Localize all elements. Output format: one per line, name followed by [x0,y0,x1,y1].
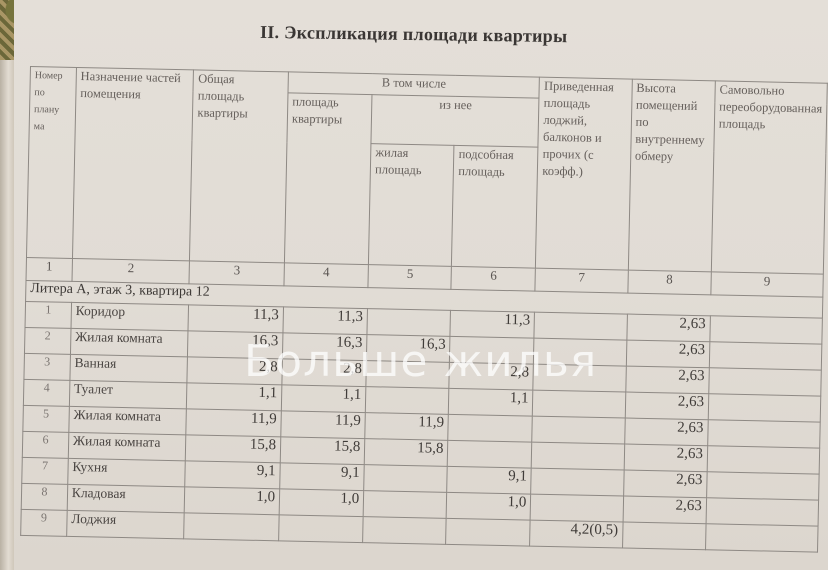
column-number: 9 [711,272,824,297]
cell-unauth [707,446,820,474]
cell-loggia [534,338,627,366]
cell-apt: 1,0 [279,489,364,517]
cell-loggia [532,442,625,470]
header-purpose: Назначение частей помещения [72,67,194,260]
cell-apt: 1,1 [281,385,366,413]
header-number: Номер по плану ма [26,67,76,259]
column-number: 1 [26,257,72,281]
cell-living [367,309,451,337]
cell-no: 9 [21,509,67,536]
cell-living [363,517,447,545]
cell-no: 6 [22,431,68,458]
cell-apt [279,515,364,543]
header-unauthorized: Самовольно переоборудованная площадь [711,81,827,274]
cell-aux: 9,1 [447,466,532,494]
cell-height: 2,63 [623,496,707,524]
cell-living: 15,8 [364,439,448,467]
cell-name: Жилая комната [68,432,186,460]
cell-unauth [708,420,821,448]
cell-loggia [533,364,626,392]
cell-aux: 11,3 [450,310,535,338]
explication-table: Номер по плану ма Назначение частей поме… [20,66,828,553]
cell-total: 2,8 [187,357,282,385]
cell-living [364,465,448,493]
cell-height: 2,63 [627,314,711,342]
cell-living: 11,9 [365,413,449,441]
column-number: 2 [72,258,190,283]
cell-loggia [532,416,625,444]
cell-living [366,387,450,415]
cell-aux [450,336,535,364]
column-number: 7 [535,268,628,293]
cell-unauth [709,368,822,396]
cell-aux: 2,8 [449,362,534,390]
cell-unauth [707,472,820,500]
header-of-which: из нее [371,95,539,147]
cell-no: 4 [23,379,69,406]
cell-apt: 15,8 [280,437,365,465]
cell-name: Туалет [69,380,187,408]
header-apartment-area: площадь квартиры [284,93,372,265]
column-number: 4 [284,263,369,288]
column-number: 8 [628,270,712,295]
cell-name: Коридор [71,302,189,330]
cell-name: Жилая комната [70,328,188,356]
cell-total: 16,3 [188,331,283,359]
cell-unauth [706,498,819,526]
cell-aux [448,414,533,442]
cell-loggia: 4,2(0,5) [530,520,623,548]
cell-apt: 9,1 [280,463,365,491]
cell-living [366,361,450,389]
cell-total: 1,0 [185,487,280,515]
cell-height: 2,63 [625,366,709,394]
cell-total: 9,1 [185,461,280,489]
cell-apt: 11,3 [283,307,368,335]
cell-total: 1,1 [187,383,282,411]
cell-name: Лоджия [66,510,184,538]
column-number: 5 [368,265,452,290]
cell-name: Ванная [70,354,188,382]
cell-apt: 11,9 [281,411,366,439]
cell-loggia [531,494,624,522]
cell-apt: 16,3 [282,333,367,361]
cell-unauth [709,342,822,370]
column-number: 3 [189,261,284,286]
cell-living: 16,3 [367,335,451,363]
cell-unauth [710,316,823,344]
page-title: II. Экспликация площади квартиры [260,22,568,47]
cell-height: 2,63 [624,418,708,446]
cell-name: Кладовая [67,484,185,512]
cell-total: 11,3 [188,305,283,333]
cell-loggia [531,468,624,496]
cell-no: 3 [24,353,70,380]
cell-name: Кухня [68,458,186,486]
cell-total: 11,9 [186,409,281,437]
cell-height: 2,63 [625,392,709,420]
cell-height: 2,63 [624,444,708,472]
cell-apt: 2,8 [282,359,367,387]
cell-aux [446,518,531,546]
header-height: Высота помещений по внутреннему обмеру [628,79,715,272]
cell-total [184,513,279,541]
header-total-area: Общая площадь квартиры [190,70,289,263]
cell-loggia [534,312,627,340]
cell-name: Жилая комната [69,406,187,434]
column-number: 6 [451,266,535,291]
cell-no: 8 [21,483,67,510]
cell-height: 2,63 [623,470,707,498]
cell-unauth [708,394,821,422]
document-page: II. Экспликация площади квартиры Номер п… [14,0,828,570]
cell-aux [448,440,533,468]
header-loggia-area: Приведенная площадь лоджий, балконов и п… [536,77,632,270]
cell-no: 1 [25,301,71,328]
cell-no: 7 [22,457,68,484]
book-spine [0,60,14,570]
cell-height [622,522,706,550]
header-living-area: жилая площадь [369,144,455,267]
cell-no: 5 [23,405,69,432]
header-auxiliary-area: подсобная площадь [452,145,539,268]
cell-no: 2 [24,327,70,354]
cell-total: 15,8 [186,435,281,463]
cell-aux: 1,0 [447,492,532,520]
cell-loggia [533,390,626,418]
cell-height: 2,63 [626,340,710,368]
cell-unauth [705,524,818,552]
cell-living [363,491,447,519]
cell-aux: 1,1 [449,388,534,416]
